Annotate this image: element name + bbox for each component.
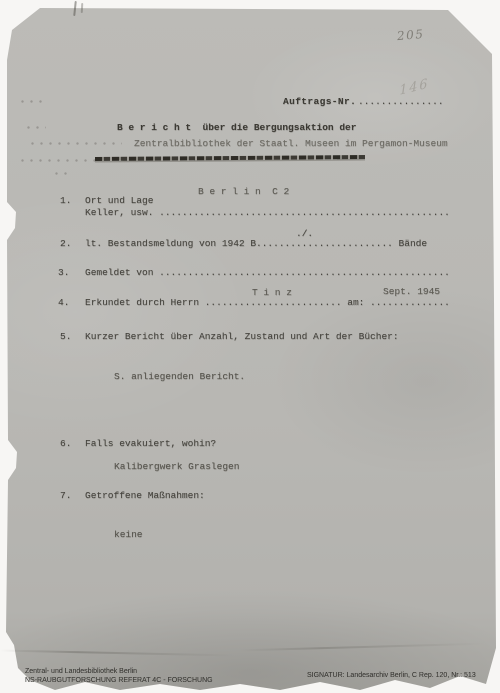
- item3-number: 3.: [58, 267, 69, 278]
- city-heading: B e r l i n C 2: [198, 186, 289, 197]
- item5-text: Kurzer Bericht über Anzahl, Zustand und …: [85, 331, 399, 342]
- document-title-line2: Zentralbibliothek der Staatl. Museen im …: [134, 138, 448, 149]
- handwritten-page-number: 205: [396, 27, 425, 43]
- scanned-archive-document: { "annotations": { "page_number": "205",…: [0, 0, 500, 693]
- item7-answer: keine: [114, 529, 143, 540]
- item6-number: 6.: [60, 438, 71, 449]
- item4-date-above-line: Sept. 1945: [383, 286, 440, 297]
- smudge-dots: [18, 159, 98, 162]
- item6-text: Falls evakuiert, wohin?: [85, 438, 216, 449]
- item4-number: 4.: [58, 297, 69, 308]
- smudge-dots: [18, 100, 44, 103]
- smudge-dots: [24, 126, 46, 129]
- smudge-dots: [52, 172, 70, 175]
- item1-label: Ort und Lage: [85, 195, 153, 206]
- item2-text: lt. Bestandsmeldung von 1942 B..........…: [85, 238, 427, 249]
- item6-answer: Kalibergwerk Graslegen: [114, 461, 239, 472]
- footer-library-line2: NS-RAUBGUTFORSCHUNG REFERAT 4C - FORSCHU…: [25, 677, 213, 686]
- order-number-label: Auftrags-Nr.: [283, 96, 356, 107]
- item7-number: 7.: [60, 490, 71, 501]
- item4-text: Erkundet durch Herrn ...................…: [85, 297, 450, 308]
- item1-dotted-line: Keller, usw. ...........................…: [85, 207, 450, 218]
- item1-number: 1.: [60, 195, 71, 206]
- item7-text: Getroffene Maßnahmen:: [85, 490, 205, 501]
- footer-signature: SIGNATUR: Landesarchiv Berlin, C Rep. 12…: [307, 672, 476, 681]
- footer-library-line1: Zentral- und Landesbibliothek Berlin: [25, 668, 137, 677]
- smudge-dots: [28, 142, 122, 145]
- item2-number: 2.: [60, 238, 71, 249]
- document-title-line1: B e r i c h t über die Bergungsaktion de…: [117, 122, 356, 133]
- item5-answer: S. anliegenden Bericht.: [114, 371, 245, 382]
- item3-text: Gemeldet von ...........................…: [85, 267, 450, 278]
- item5-number: 5.: [60, 331, 71, 342]
